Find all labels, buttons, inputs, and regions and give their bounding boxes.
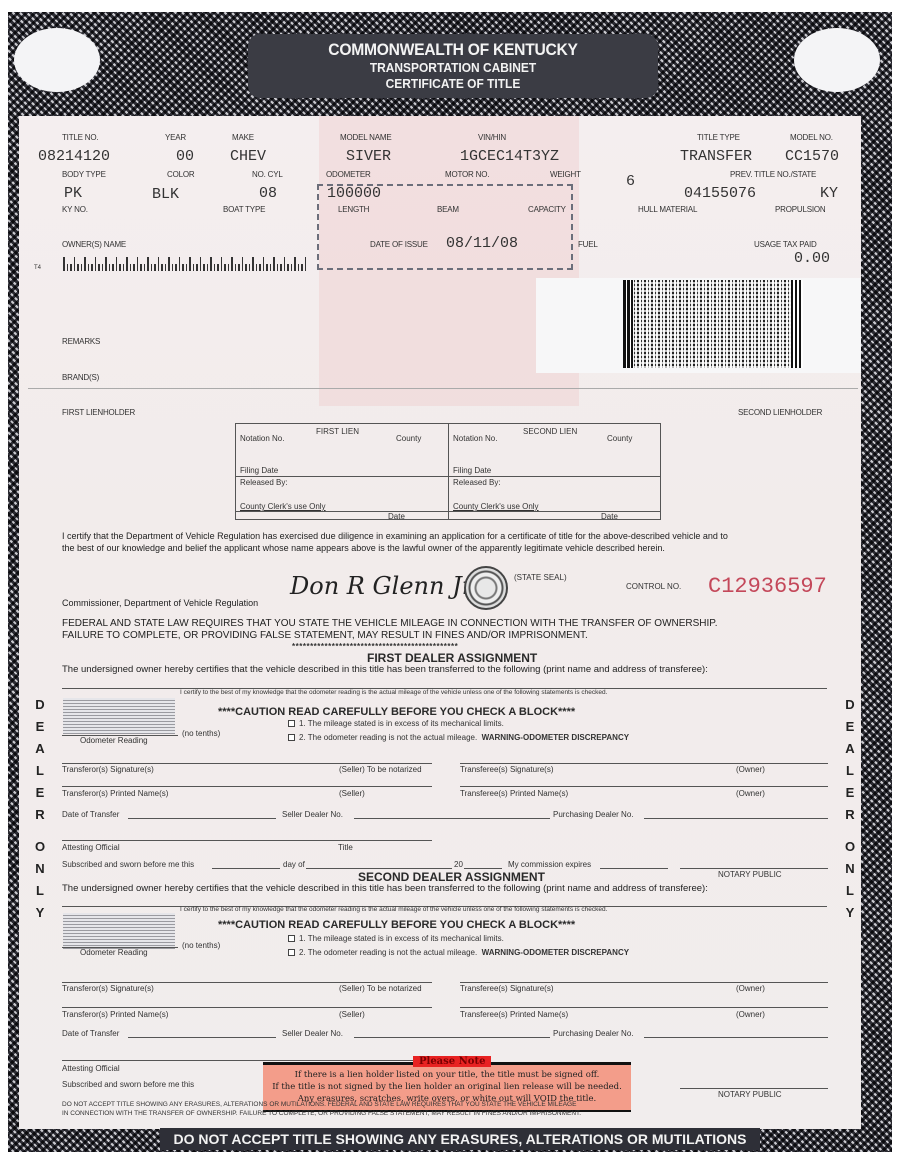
prev-title-state: KY [820,185,838,202]
dealer-only-letter: Y [843,905,857,921]
purchasing-dealer-field-2[interactable] [644,1037,828,1038]
dealer-only-letter: R [843,807,857,823]
model-name-label: MODEL NAME [340,133,392,142]
attesting-official-line-2[interactable] [62,1060,432,1061]
pdf417-barcode [623,280,803,368]
title-line-2: TRANSPORTATION CABINET [264,60,641,76]
seller-dealer-label-2: Seller Dealer No. [282,1029,343,1038]
date-of-transfer-label: Date of Transfer [62,810,119,819]
weight-value: 6 [626,173,635,190]
purchasing-dealer-field[interactable] [644,818,828,819]
notary-public-label-2: NOTARY PUBLIC [718,1090,782,1099]
notary-public-label: NOTARY PUBLIC [718,870,782,879]
check1-label-2: 1. The mileage stated is in excess of it… [299,934,504,943]
hull-material-label: HULL MATERIAL [638,205,697,214]
owner-label: (Owner) [736,789,765,798]
odometer-warning-2: WARNING-ODOMETER DISCREPANCY [482,948,629,957]
dealer-only-letter: E [33,785,47,801]
dealer-only-letter: L [33,883,47,899]
owner-label: (Owner) [736,765,765,774]
first-filing-label: Filing Date [240,466,278,475]
odometer-reading-box[interactable] [63,698,175,734]
no-cyl-value: 08 [259,185,277,202]
dealer-only-letter: D [843,697,857,713]
seller-dealer-label: Seller Dealer No. [282,810,343,819]
attesting-official-label-2: Attesting Official [62,1064,120,1073]
transferee-signature-label: Transferee(s) Signature(s) [460,765,554,774]
vin-label: VIN/HIN [478,133,506,142]
title-type-value: TRANSFER [680,148,752,165]
odometer-reading-label: Odometer Reading [80,736,148,745]
state-seal-label: (STATE SEAL) [514,573,567,582]
first-assignment-intro: The undersigned owner hereby certifies t… [62,664,708,675]
purchasing-dealer-label: Purchasing Dealer No. [553,810,633,819]
date-of-issue-label: DATE OF ISSUE [370,240,428,249]
law-notice-line-1: FEDERAL AND STATE LAW REQUIRES THAT YOU … [62,618,717,629]
attesting-official-label: Attesting Official [62,843,120,852]
not-actual-mileage-checkbox-2[interactable] [288,949,295,956]
seller-label: (Seller) [339,789,365,798]
model-name-value: SIVER [346,148,391,165]
subscribed-label: Subscribed and sworn before me this [62,860,194,869]
caution-heading-2: ****CAUTION READ CAREFULLY BEFORE YOU CH… [218,919,575,931]
document-title-plate: COMMONWEALTH OF KENTUCKY TRANSPORTATION … [248,34,658,98]
title-no-value: 08214120 [38,148,110,165]
prev-title-number: 04155076 [684,185,756,202]
transferor-name-label-2: Transferor(s) Printed Name(s) [62,1010,168,1019]
dealer-only-letter: A [843,741,857,757]
fuel-label: FUEL [578,240,598,249]
transferee-signature-line[interactable] [460,763,828,764]
date-of-issue-value: 08/11/08 [446,235,518,252]
lien-table: FIRST LIEN Notation No. County Filing Da… [235,423,661,520]
first-lien-title: FIRST LIEN [316,427,359,436]
date-of-transfer-label-2: Date of Transfer [62,1029,119,1038]
dealer-only-left: DEALERONLY [33,697,47,921]
check2-label: 2. The odometer reading is not the actua… [299,733,477,742]
ky-no-label: KY NO. [62,205,88,214]
caution-heading: ****CAUTION READ CAREFULLY BEFORE YOU CH… [218,706,575,718]
no-tenths-label-2: (no tenths) [182,941,220,950]
control-no-value: C12936597 [708,574,827,599]
day-of-label: day of [283,860,305,869]
usage-tax-value: 0.00 [794,250,830,267]
dealer-only-letter: D [33,697,47,713]
attesting-official-line[interactable] [62,840,432,841]
dealer-only-letter: E [843,719,857,735]
right-oval-window [794,28,880,92]
vin-value: 1GCEC14T3YZ [460,148,559,165]
first-lienholder-label: FIRST LIENHOLDER [62,408,135,417]
year-label: YEAR [165,133,186,142]
second-released-label: Released By: [453,478,501,487]
first-assignment-heading: FIRST DEALER ASSIGNMENT [367,651,537,665]
attesting-title-label: Title [338,843,353,852]
sworn-day-field[interactable] [212,868,280,869]
dealer-only-letter: Y [33,905,47,921]
seller-dealer-field[interactable] [354,818,550,819]
dealer-only-letter: E [843,785,857,801]
year-prefix-label: 20 [454,860,463,869]
boat-type-label: BOAT TYPE [223,205,265,214]
prev-title-label: PREV. TITLE NO./STATE [730,170,816,179]
second-county-label: County [607,434,632,443]
motor-no-label: MOTOR NO. [445,170,489,179]
second-assignment-heading: SECOND DEALER ASSIGNMENT [358,870,545,884]
usage-tax-label: USAGE TAX PAID [754,240,817,249]
not-actual-mileage-checkbox[interactable] [288,734,295,741]
dealer-only-letter: L [843,763,857,779]
transferee-signature-line-2[interactable] [460,982,828,983]
left-oval-window [14,28,100,92]
first-date-label: Date [388,512,405,521]
transferee-signature-label-2: Transferee(s) Signature(s) [460,984,554,993]
state-seal-icon [464,566,508,610]
certification-line-1: I certify that the Department of Vehicle… [62,531,728,541]
first-lien-column: FIRST LIEN Notation No. County Filing Da… [236,424,449,519]
form-code: T4 [34,265,41,271]
second-lien-column: SECOND LIEN Notation No. County Filing D… [448,424,661,519]
color-value: BLK [152,186,179,203]
date-of-transfer-field-2[interactable] [128,1037,276,1038]
footer-fine-print-2: IN CONNECTION WITH THE TRANSFER OF OWNER… [62,1110,581,1117]
seller-notarized-label: (Seller) To be notarized [339,765,422,774]
odometer-label: ODOMETER [326,170,371,179]
transferor-signature-label: Transferor(s) Signature(s) [62,765,154,774]
dealer-only-letter: R [33,807,47,823]
seller-dealer-field-2[interactable] [354,1037,550,1038]
odometer-reading-box-2[interactable] [63,913,175,949]
no-tenths-label: (no tenths) [182,729,220,738]
dealer-only-letter: L [33,763,47,779]
dealer-only-letter: A [33,741,47,757]
second-lien-title: SECOND LIEN [523,427,577,436]
bottom-warning-band: DO NOT ACCEPT TITLE SHOWING ANY ERASURES… [160,1128,760,1150]
second-clerk-label: County Clerk's use Only [453,502,539,511]
model-no-label: MODEL NO. [790,133,833,142]
transferee-name-line[interactable] [460,786,828,787]
year-value: 00 [176,148,194,165]
notary-signature-line-2[interactable] [680,1088,828,1089]
please-note-line-1: If there is a lien holder listed on your… [263,1069,631,1081]
first-notation-label: Notation No. [240,434,284,443]
title-no-label: TITLE NO. [62,133,98,142]
commission-expires-label: My commission expires [508,860,591,869]
owner-postal-barcode [63,257,373,271]
sworn-month-field[interactable] [306,868,452,869]
purchasing-dealer-label-2: Purchasing Dealer No. [553,1029,633,1038]
commissioner-label: Commissioner, Department of Vehicle Regu… [62,598,258,608]
subscribed-label-2: Subscribed and sworn before me this [62,1080,194,1089]
dealer-only-letter: L [843,883,857,899]
dealer-only-letter: E [33,719,47,735]
control-no-label: CONTROL NO. [626,582,681,591]
transferor-signature-label-2: Transferor(s) Signature(s) [62,984,154,993]
color-label: COLOR [167,170,194,179]
second-filing-label: Filing Date [453,466,491,475]
first-clerk-label: County Clerk's use Only [240,502,326,511]
make-label: MAKE [232,133,254,142]
footer-fine-print-1: DO NOT ACCEPT TITLE SHOWING ANY ERASURES… [62,1101,576,1108]
dealer-only-letter: O [33,839,47,855]
seller-notarized-label-2: (Seller) To be notarized [339,984,422,993]
owner-label-2: (Owner) [736,984,765,993]
owner-name-label: OWNER(S) NAME [62,240,126,249]
title-line-3: CERTIFICATE OF TITLE [264,76,641,92]
dealer-only-letter: O [843,839,857,855]
certification-line-2: the best of our knowledge and belief the… [62,543,665,553]
commission-expires-field[interactable] [600,868,668,869]
transferee-name-label: Transferee(s) Printed Name(s) [460,789,568,798]
seller-label-2: (Seller) [339,1010,365,1019]
model-no-value: CC1570 [785,148,839,165]
odometer-reading-label-2: Odometer Reading [80,948,148,957]
owner-label-2b: (Owner) [736,1010,765,1019]
check1-label: 1. The mileage stated is in excess of it… [299,719,504,728]
title-line-1: COMMONWEALTH OF KENTUCKY [264,40,641,60]
odometer-certify-text: I certify to the best of my knowledge th… [180,689,607,696]
transferor-name-label: Transferor(s) Printed Name(s) [62,789,168,798]
title-type-label: TITLE TYPE [697,133,740,142]
first-released-label: Released By: [240,478,288,487]
mechanical-limits-checkbox[interactable] [288,720,295,727]
commissioner-signature: Don R Glenn Jr [290,572,473,600]
please-note-line-2: If the title is not signed by the lien h… [263,1081,631,1093]
law-notice-line-2: FAILURE TO COMPLETE, OR PROVIDING FALSE … [62,630,588,641]
second-lienholder-label: SECOND LIENHOLDER [738,408,822,417]
date-of-transfer-field[interactable] [128,818,276,819]
odometer-warning: WARNING-ODOMETER DISCREPANCY [482,733,629,742]
second-notation-label: Notation No. [453,434,497,443]
sworn-year-field[interactable] [464,868,502,869]
notary-signature-line[interactable] [680,868,828,869]
remarks-label: REMARKS [62,337,100,346]
body-type-label: BODY TYPE [62,170,106,179]
dealer-only-letter: N [33,861,47,877]
second-date-label: Date [601,512,618,521]
stars-divider: ****************************************… [292,642,458,651]
transferee-name-line-2b[interactable] [460,1007,828,1008]
no-cyl-label: NO. CYL [252,170,283,179]
second-assignment-intro: The undersigned owner hereby certifies t… [62,883,708,894]
transferee-name-label-2: Transferee(s) Printed Name(s) [460,1010,568,1019]
body-type-value: PK [64,185,82,202]
propulsion-label: PROPULSION [775,205,825,214]
transferor-signature-line[interactable] [62,763,432,764]
divider [28,388,858,389]
transferor-name-line[interactable] [62,786,432,787]
mechanical-limits-checkbox-2[interactable] [288,935,295,942]
first-county-label: County [396,434,421,443]
weight-label: WEIGHT [550,170,581,179]
transferor-signature-line-2[interactable] [62,982,432,983]
odometer-certify-text-2: I certify to the best of my knowledge th… [180,906,607,913]
transferor-name-line-2[interactable] [62,1007,432,1008]
please-note-title: Please Note [413,1056,491,1067]
check2-label-2: 2. The odometer reading is not the actua… [299,948,477,957]
brands-label: BRAND(S) [62,373,99,382]
dealer-only-right: DEALERONLY [843,697,857,921]
dealer-only-letter: N [843,861,857,877]
make-value: CHEV [230,148,266,165]
